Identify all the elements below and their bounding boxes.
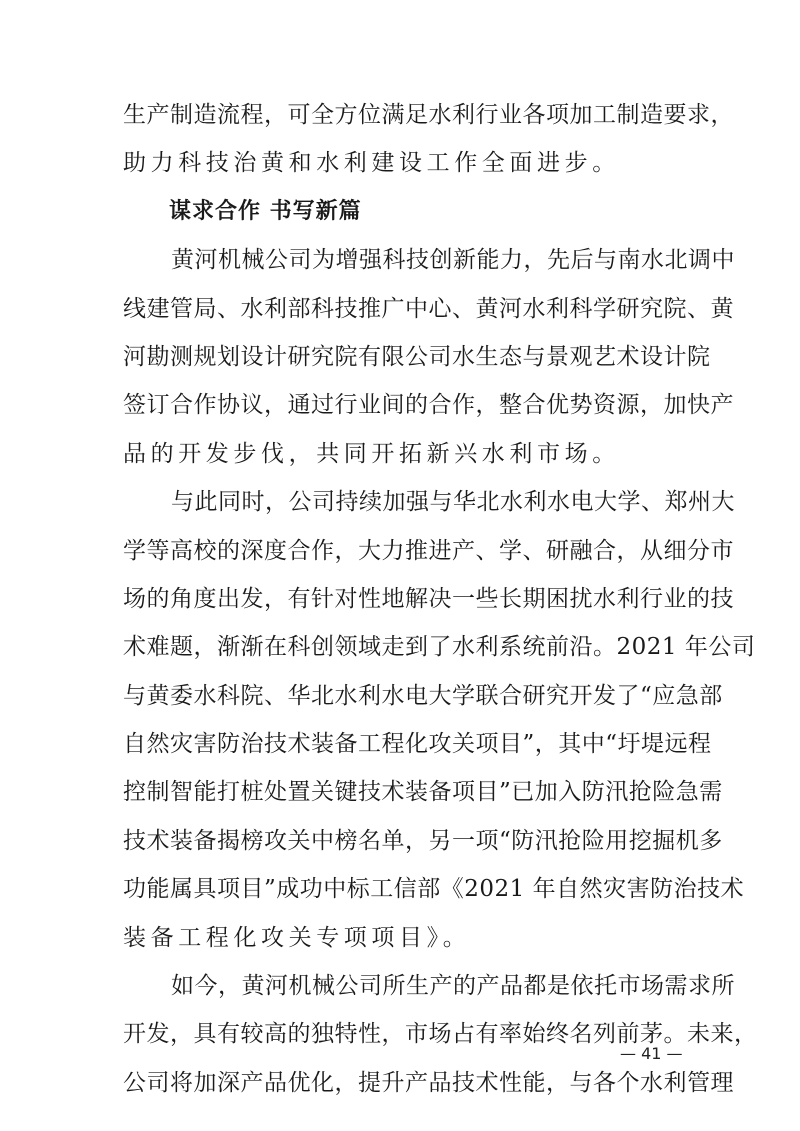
document-body: 生产制造流程，可全方位满足水利行业各项加工制造要求， 助力科技治黄和水利建设工作… [123, 95, 683, 1111]
section-heading-wrapper: 谋求合作 书写新篇 [123, 192, 683, 240]
text-line: 控制智能打桩处置关键技术装备项目”已加入防汛抢险急需 [123, 772, 683, 820]
text-line: 助力科技治黄和水利建设工作全面进步。 [123, 143, 683, 191]
text-line: 学等高校的深度合作，大力推进产、学、研融合，从细分市 [123, 531, 683, 579]
text-line: 场的角度出发，有针对性地解决一些长期困扰水利行业的技 [123, 579, 683, 627]
text-line: 线建管局、水利部科技推广中心、黄河水利科学研究院、黄 [123, 289, 683, 337]
text-line: 自然灾害防治技术装备工程化攻关项目”，其中“圩堤远程 [123, 724, 683, 772]
paragraph-continuation: 生产制造流程，可全方位满足水利行业各项加工制造要求， 助力科技治黄和水利建设工作… [123, 95, 683, 192]
page-number: — 41 — [620, 1044, 680, 1063]
paragraph-cooperation: 黄河机械公司为增强科技创新能力，先后与南水北调中 线建管局、水利部科技推广中心、… [123, 240, 683, 482]
text-line: 与黄委水科院、华北水利水电大学联合研究开发了“应急部 [123, 676, 683, 724]
text-line: 黄河机械公司为增强科技创新能力，先后与南水北调中 [123, 240, 683, 288]
text-line: 装备工程化攻关专项项目》。 [123, 918, 683, 966]
text-line: 与此同时，公司持续加强与华北水利水电大学、郑州大 [123, 482, 683, 530]
section-heading: 谋求合作 书写新篇 [123, 192, 683, 240]
text-line: 如今，黄河机械公司所生产的产品都是依托市场需求所 [123, 966, 683, 1014]
text-line: 签订合作协议，通过行业间的合作，整合优势资源，加快产 [123, 385, 683, 433]
text-line: 技术装备揭榜攻关中榜名单，另一项“防汛抢险用挖掘机多 [123, 821, 683, 869]
document-page: 生产制造流程，可全方位满足水利行业各项加工制造要求， 助力科技治黄和水利建设工作… [0, 0, 800, 1131]
paragraph-university-cooperation: 与此同时，公司持续加强与华北水利水电大学、郑州大 学等高校的深度合作，大力推进产… [123, 482, 683, 966]
text-line: 公司将加深产品优化，提升产品技术性能，与各个水利管理 [123, 1063, 683, 1111]
paragraph-outlook: 如今，黄河机械公司所生产的产品都是依托市场需求所 开发，具有较高的独特性，市场占… [123, 966, 683, 1111]
text-line: 开发，具有较高的独特性，市场占有率始终名列前茅。未来， [123, 1014, 683, 1062]
text-line: 功能属具项目”成功中标工信部《2021 年自然灾害防治技术 [123, 869, 683, 917]
text-line: 河勘测规划设计研究院有限公司水生态与景观艺术设计院 [123, 337, 683, 385]
text-line: 品的开发步伐，共同开拓新兴水利市场。 [123, 434, 683, 482]
text-line: 术难题，渐渐在科创领域走到了水利系统前沿。2021 年公司 [123, 627, 683, 675]
text-line: 生产制造流程，可全方位满足水利行业各项加工制造要求， [123, 95, 683, 143]
